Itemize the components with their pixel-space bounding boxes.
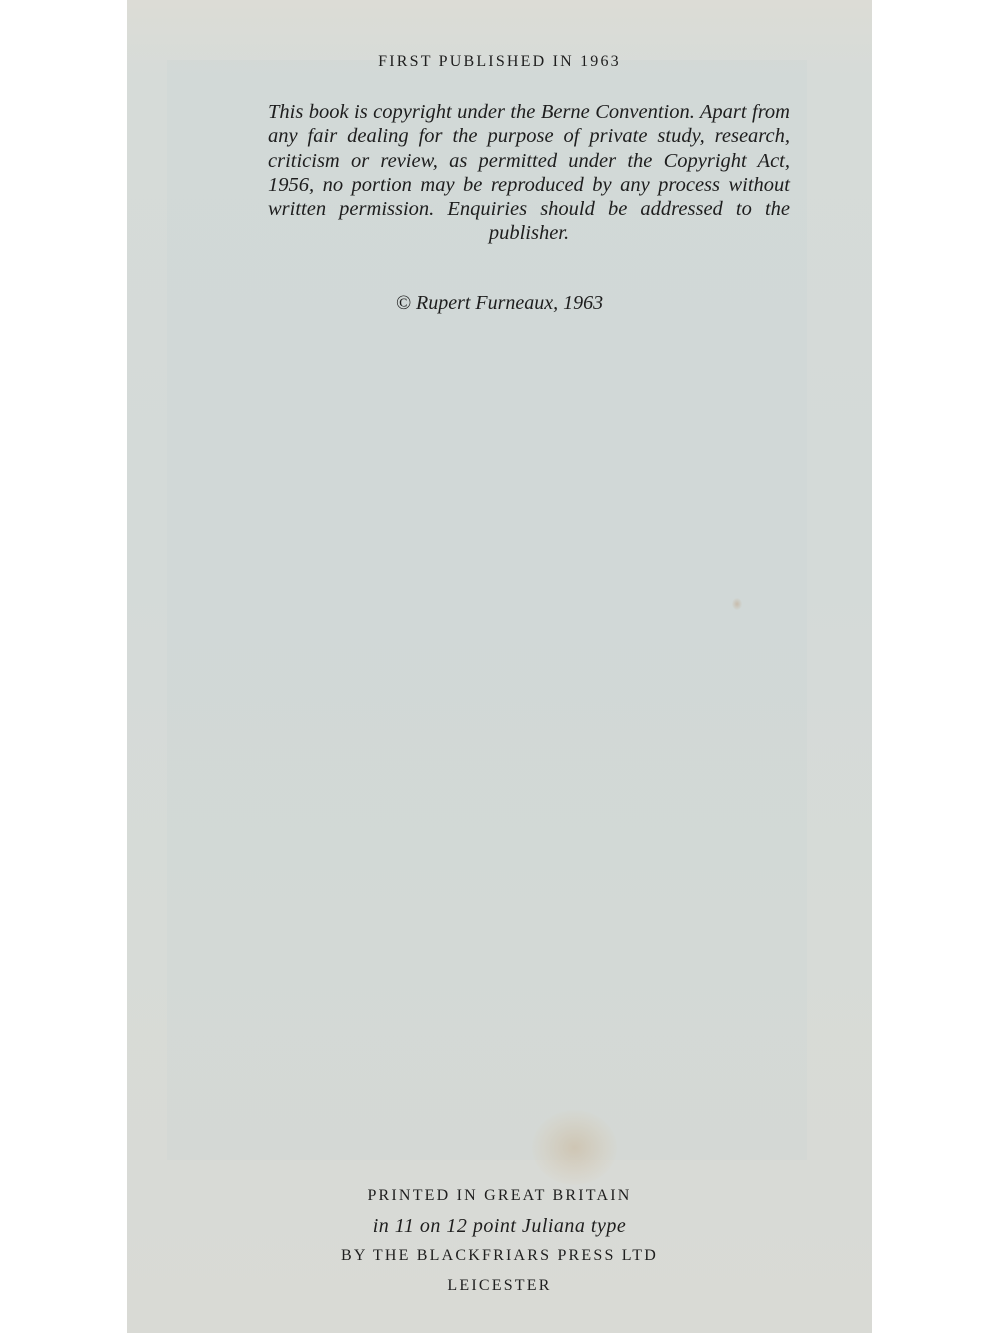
printer-name-line: BY THE BLACKFRIARS PRESS LTD (127, 1245, 872, 1275)
copyright-notice: This book is copyright under the Berne C… (268, 100, 790, 246)
printer-city-line: LEICESTER (127, 1275, 872, 1305)
printer-colophon: PRINTED IN GREAT BRITAIN in 11 on 12 poi… (127, 1185, 872, 1305)
copyright-holder: © Rupert Furneaux, 1963 (127, 292, 872, 315)
typeface-line: in 11 on 12 point Juliana type (127, 1215, 872, 1245)
book-page: FIRST PUBLISHED IN 1963 This book is cop… (127, 0, 872, 1333)
printed-in-line: PRINTED IN GREAT BRITAIN (127, 1185, 872, 1215)
paper-spot (732, 598, 742, 610)
paper-stain (532, 1110, 617, 1185)
first-published-line: FIRST PUBLISHED IN 1963 (127, 53, 872, 71)
